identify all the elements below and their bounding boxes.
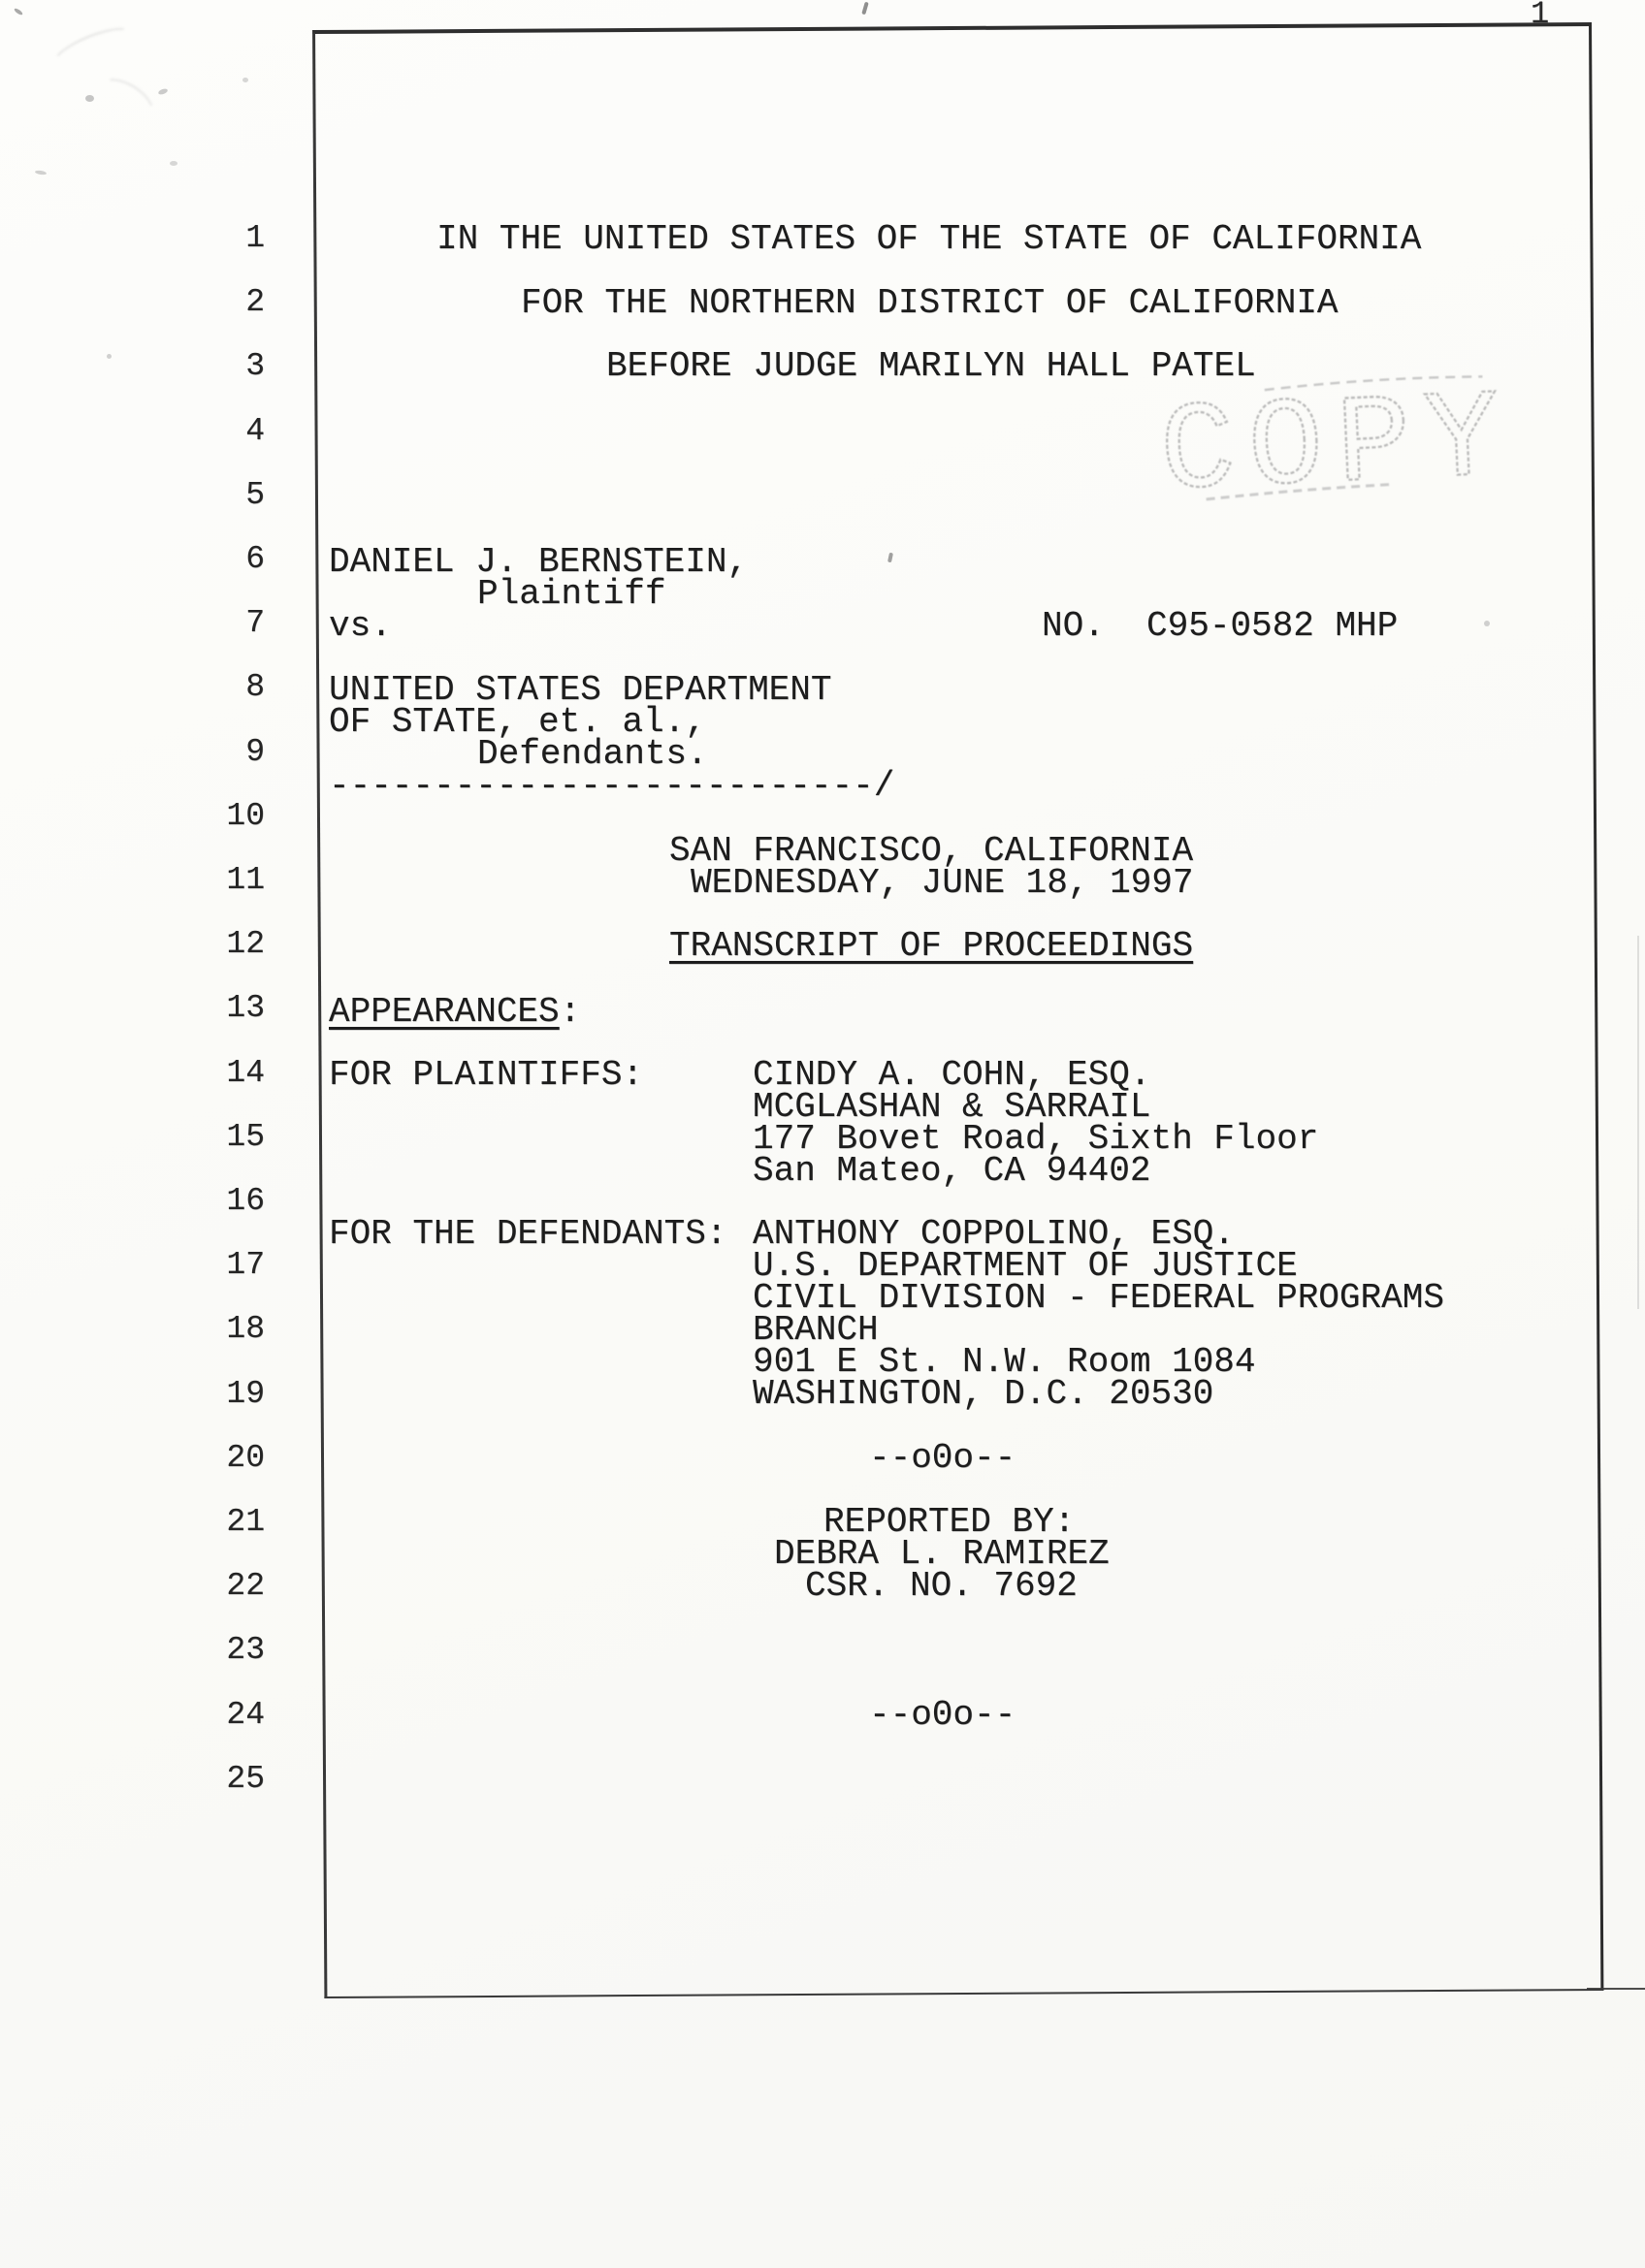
line-number: 13 xyxy=(0,992,265,1024)
transcript-text-line: San Mateo, CA 94402 xyxy=(753,1154,1150,1189)
line-number: 2 xyxy=(0,286,265,318)
transcript-text-line: vs. xyxy=(329,609,392,644)
line-number: 21 xyxy=(0,1506,265,1538)
copy-stamp-text: COPY xyxy=(1157,369,1515,526)
line-number: 4 xyxy=(0,415,265,447)
line-number: 1 xyxy=(0,222,265,254)
line-number: 8 xyxy=(0,671,265,703)
scan-smudge xyxy=(88,69,162,134)
transcript-text-line: WEDNESDAY, JUNE 18, 1997 xyxy=(691,866,1193,901)
transcript-text-line: FOR THE NORTHERN DISTRICT OF CALIFORNIA xyxy=(521,286,1339,321)
scan-speck xyxy=(242,78,248,82)
transcript-text-line: --o0o-- xyxy=(869,1441,1016,1476)
line-number: 12 xyxy=(0,928,265,960)
line-number: 22 xyxy=(0,1570,265,1602)
scan-edge-line xyxy=(1637,936,1639,1309)
line-number: 3 xyxy=(0,350,265,382)
transcript-text-line: APPEARANCES xyxy=(329,995,560,1030)
scan-speck xyxy=(157,87,168,95)
line-number: 14 xyxy=(0,1057,265,1089)
transcript-text-line: IN THE UNITED STATES OF THE STATE OF CAL… xyxy=(436,222,1421,257)
scan-speck xyxy=(1484,621,1490,626)
scan-speck xyxy=(170,161,177,166)
border-bottom-extension xyxy=(1587,1988,1645,1990)
scan-speck xyxy=(85,95,94,102)
transcript-text-line: CSR. NO. 7692 xyxy=(805,1569,1078,1604)
transcript-text-line: BEFORE JUDGE MARILYN HALL PATEL xyxy=(606,349,1256,384)
line-number: 5 xyxy=(0,479,265,511)
line-number: 23 xyxy=(0,1634,265,1666)
transcript-text-line: : xyxy=(560,995,581,1030)
scan-smudge xyxy=(48,20,138,78)
transcript-text-line: FOR PLAINTIFFS: xyxy=(329,1058,643,1093)
line-number: 19 xyxy=(0,1378,265,1410)
transcript-text-line: FOR THE DEFENDANTS: xyxy=(329,1217,726,1252)
line-number: 25 xyxy=(0,1763,265,1795)
scanned-transcript-page: 1 COPY 123456789101112131415161718192021… xyxy=(0,0,1645,2268)
line-number: 11 xyxy=(0,864,265,896)
line-number: 24 xyxy=(0,1699,265,1731)
line-number: 16 xyxy=(0,1185,265,1217)
scan-speck xyxy=(861,2,868,16)
line-number: 10 xyxy=(0,800,265,832)
line-number: 15 xyxy=(0,1121,265,1153)
line-number: 17 xyxy=(0,1249,265,1281)
scan-speck xyxy=(107,354,112,359)
line-number: 9 xyxy=(0,736,265,768)
transcript-text-line: NO. C95-0582 MHP xyxy=(1042,609,1398,644)
scan-speck xyxy=(35,170,47,176)
transcript-text-line: --o0o-- xyxy=(869,1698,1016,1733)
scan-speck xyxy=(14,7,23,16)
line-number: 6 xyxy=(0,543,265,575)
transcript-text-line: --------------------------/ xyxy=(329,769,894,804)
line-number: 7 xyxy=(0,607,265,639)
line-number: 18 xyxy=(0,1313,265,1345)
transcript-text-line: WASHINGTON, D.C. 20530 xyxy=(753,1377,1213,1412)
line-number: 20 xyxy=(0,1442,265,1474)
transcript-text-line: Plaintiff xyxy=(477,577,665,612)
transcript-text-line: TRANSCRIPT OF PROCEEDINGS xyxy=(669,929,1193,964)
